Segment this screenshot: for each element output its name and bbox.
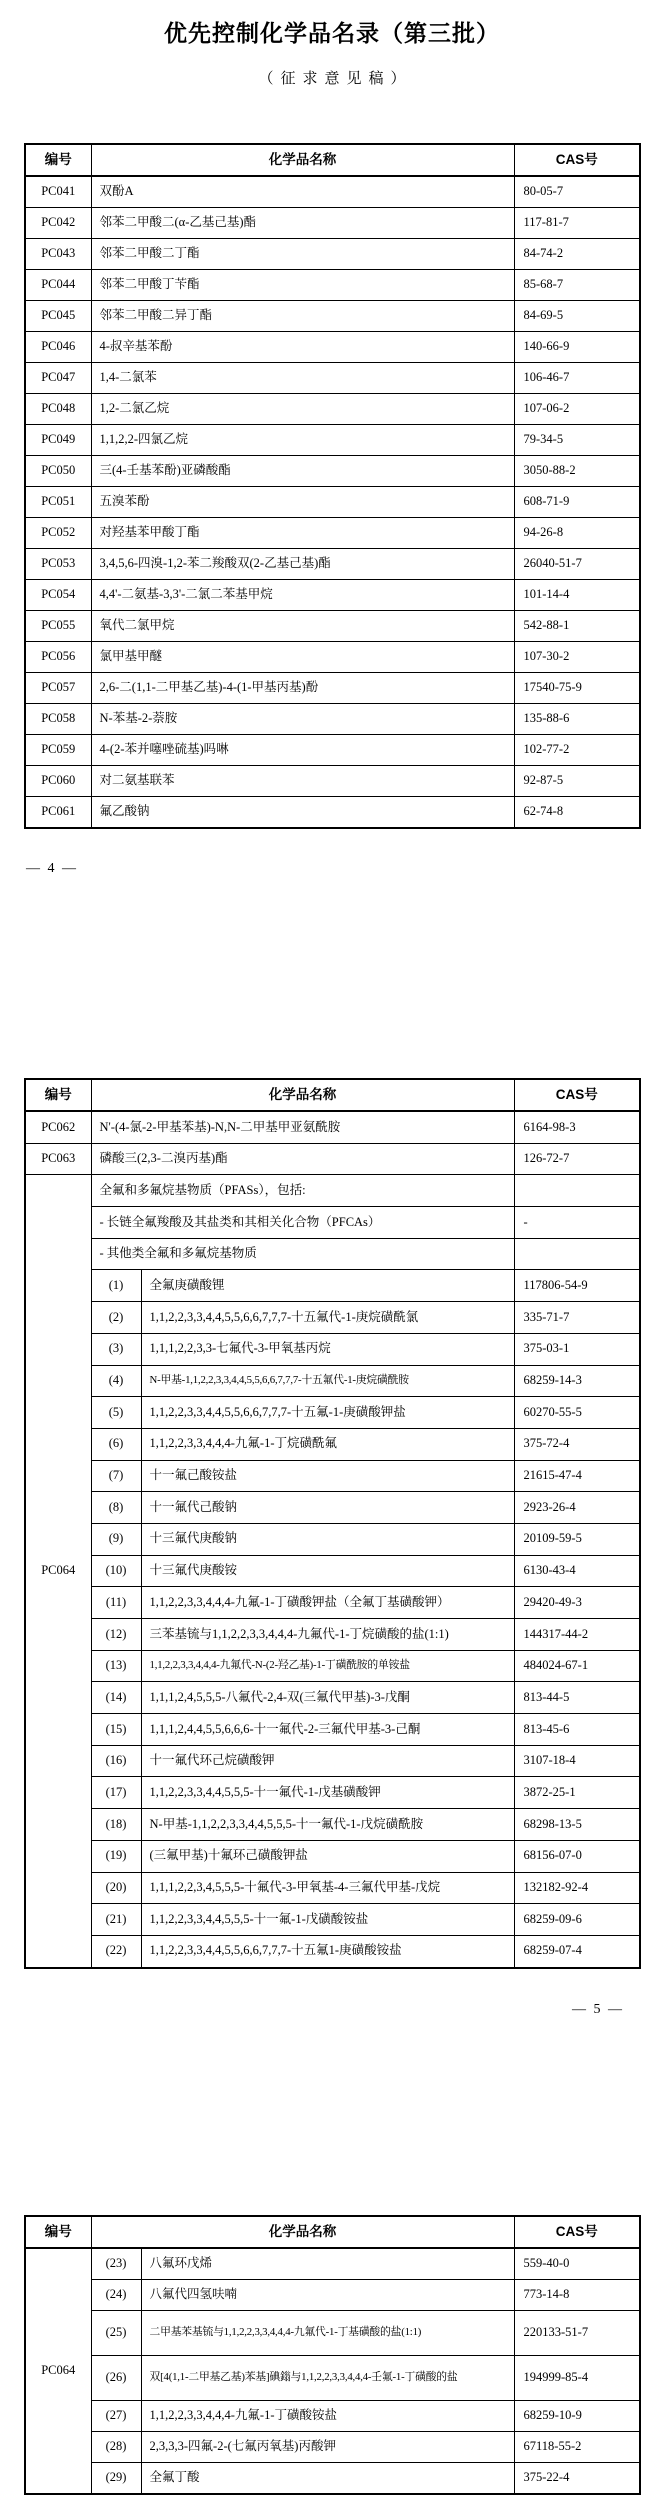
cas-cell bbox=[514, 1238, 640, 1270]
table-row: (26)双[4(1,1-二甲基乙基)苯基]碘鎓与1,1,2,2,3,3,4,4,… bbox=[25, 2356, 640, 2401]
sub-number-cell: (8) bbox=[91, 1492, 141, 1524]
code-cell: PC041 bbox=[25, 176, 91, 208]
name-cell: 双[4(1,1-二甲基乙基)苯基]碘鎓与1,1,2,2,3,3,4,4,4-壬氟… bbox=[141, 2356, 514, 2401]
cas-cell: 101-14-4 bbox=[514, 580, 640, 611]
sub-number-cell: (21) bbox=[91, 1904, 141, 1936]
header-cell: 编号 bbox=[25, 144, 91, 176]
code-cell: PC042 bbox=[25, 208, 91, 239]
name-cell: 1,1,1,2,4,5,5,5-八氟代-2,4-双(三氟代甲基)-3-戊酮 bbox=[141, 1682, 514, 1714]
code-cell: PC054 bbox=[25, 580, 91, 611]
cas-cell: 21615-47-4 bbox=[514, 1460, 640, 1492]
cas-cell: 68298-13-5 bbox=[514, 1809, 640, 1841]
name-cell: 1,1,2,2,3,3,4,4,5,5,5-十一氟-1-戊磺酸铵盐 bbox=[141, 1904, 514, 1936]
table-row: PC0533,4,5,6-四溴-1,2-苯二羧酸双(2-乙基己基)酯26040-… bbox=[25, 549, 640, 580]
cas-cell: 68259-10-9 bbox=[514, 2401, 640, 2432]
table-row: (28)2,3,3,3-四氟-2-(七氟丙氧基)丙酸钾67118-55-2 bbox=[25, 2432, 640, 2463]
table-container-page6: 编号化学品名称CAS号PC064(23)八氟环戊烯559-40-0(24)八氟代… bbox=[24, 2215, 641, 2495]
sub-number-cell: (14) bbox=[91, 1682, 141, 1714]
name-cell: 十一氟代环己烷磺酸钾 bbox=[141, 1745, 514, 1777]
chemicals-table-page5: 编号化学品名称CAS号PC062N'-(4-氯-2-甲基苯基)-N,N-二甲基甲… bbox=[24, 1078, 641, 1969]
cas-cell: 126-72-7 bbox=[514, 1143, 640, 1175]
cas-cell: 26040-51-7 bbox=[514, 549, 640, 580]
cas-cell: 80-05-7 bbox=[514, 176, 640, 208]
table-row: PC0544,4'-二氨基-3,3'-二氯二苯基甲烷101-14-4 bbox=[25, 580, 640, 611]
code-cell: PC044 bbox=[25, 270, 91, 301]
sub-number-cell: (5) bbox=[91, 1397, 141, 1429]
sub-number-cell: (10) bbox=[91, 1555, 141, 1587]
name-cell: 1,2-二氯乙烷 bbox=[91, 394, 514, 425]
table-row: PC064全氟和多氟烷基物质（PFASs），包括: bbox=[25, 1175, 640, 1207]
cas-cell: 102-77-2 bbox=[514, 735, 640, 766]
code-cell: PC057 bbox=[25, 673, 91, 704]
table-row: PC0464-叔辛基苯酚140-66-9 bbox=[25, 332, 640, 363]
table-row: (22)1,1,2,2,3,3,4,4,5,5,6,6,7,7,7-十五氟1-庚… bbox=[25, 1935, 640, 1967]
sub-number-cell: (26) bbox=[91, 2356, 141, 2401]
name-cell: 1,4-二氯苯 bbox=[91, 363, 514, 394]
header-cell: 化学品名称 bbox=[91, 1079, 514, 1111]
cas-cell: 3107-18-4 bbox=[514, 1745, 640, 1777]
cas-cell: 484024-67-1 bbox=[514, 1650, 640, 1682]
cas-cell: 107-06-2 bbox=[514, 394, 640, 425]
cas-cell: 79-34-5 bbox=[514, 425, 640, 456]
cas-cell: 813-45-6 bbox=[514, 1714, 640, 1746]
code-cell: PC047 bbox=[25, 363, 91, 394]
name-cell: 磷酸三(2,3-二溴丙基)酯 bbox=[91, 1143, 514, 1175]
name-cell: 4,4'-二氨基-3,3'-二氯二苯基甲烷 bbox=[91, 580, 514, 611]
name-cell: 1,1,2,2,3,3,4,4,4-九氟-1-丁磺酸钾盐（全氟丁基磺酸钾） bbox=[141, 1587, 514, 1619]
cas-cell: 140-66-9 bbox=[514, 332, 640, 363]
cas-cell: 85-68-7 bbox=[514, 270, 640, 301]
code-cell: PC049 bbox=[25, 425, 91, 456]
table-row: PC043邻苯二甲酸二丁酯84-74-2 bbox=[25, 239, 640, 270]
name-cell: 十三氟代庚酸铵 bbox=[141, 1555, 514, 1587]
sub-number-cell: (18) bbox=[91, 1809, 141, 1841]
sub-number-cell: (9) bbox=[91, 1523, 141, 1555]
name-cell: 邻苯二甲酸二丁酯 bbox=[91, 239, 514, 270]
sub-number-cell: (22) bbox=[91, 1935, 141, 1967]
name-cell: N-甲基-1,1,2,2,3,3,4,4,5,5,6,6,7,7,7-十五氟代-… bbox=[141, 1365, 514, 1397]
header-cell: CAS号 bbox=[514, 144, 640, 176]
table-row: PC044邻苯二甲酸丁苄酯85-68-7 bbox=[25, 270, 640, 301]
name-cell: 3,4,5,6-四溴-1,2-苯二羧酸双(2-乙基己基)酯 bbox=[91, 549, 514, 580]
code-cell: PC064 bbox=[25, 2248, 91, 2494]
code-cell: PC055 bbox=[25, 611, 91, 642]
cas-cell: 67118-55-2 bbox=[514, 2432, 640, 2463]
name-cell: 二甲基苯基锍与1,1,2,2,3,3,4,4,4-九氟代-1-丁基磺酸的盐(1:… bbox=[141, 2311, 514, 2356]
table-row: (18)N-甲基-1,1,2,2,3,3,4,4,5,5,5-十一氟代-1-戊烷… bbox=[25, 1809, 640, 1841]
header-cell: 化学品名称 bbox=[91, 2216, 514, 2248]
table-row: PC052对羟基苯甲酸丁酯94-26-8 bbox=[25, 518, 640, 549]
table-row: PC063磷酸三(2,3-二溴丙基)酯126-72-7 bbox=[25, 1143, 640, 1175]
cas-cell: 60270-55-5 bbox=[514, 1397, 640, 1429]
name-cell: 氟乙酸钠 bbox=[91, 797, 514, 829]
table-row: (2)1,1,2,2,3,3,4,4,5,5,6,6,7,7,7-十五氟代-1-… bbox=[25, 1302, 640, 1334]
code-cell: PC051 bbox=[25, 487, 91, 518]
code-cell: PC048 bbox=[25, 394, 91, 425]
table-row: (14)1,1,1,2,4,5,5,5-八氟代-2,4-双(三氟代甲基)-3-戊… bbox=[25, 1682, 640, 1714]
table-row: PC0491,1,2,2-四氯乙烷79-34-5 bbox=[25, 425, 640, 456]
table-row: (7)十一氟己酸铵盐21615-47-4 bbox=[25, 1460, 640, 1492]
cas-cell: 559-40-0 bbox=[514, 2248, 640, 2280]
sub-number-cell: (12) bbox=[91, 1619, 141, 1651]
table-row: PC058N-苯基-2-萘胺135-88-6 bbox=[25, 704, 640, 735]
sub-number-cell: (20) bbox=[91, 1872, 141, 1904]
sub-number-cell: (16) bbox=[91, 1745, 141, 1777]
table-row: (12)三苯基锍与1,1,2,2,3,3,4,4,4-九氟代-1-丁烷磺酸的盐(… bbox=[25, 1619, 640, 1651]
code-cell: PC056 bbox=[25, 642, 91, 673]
name-cell: 十一氟己酸铵盐 bbox=[141, 1460, 514, 1492]
table-row: (8)十一氟代己酸钠2923-26-4 bbox=[25, 1492, 640, 1524]
name-cell: 对羟基苯甲酸丁酯 bbox=[91, 518, 514, 549]
name-cell: 1,1,2,2,3,3,4,4,5,5,6,6,7,7,7-十五氟-1-庚磺酸钾… bbox=[141, 1397, 514, 1429]
name-cell: 邻苯二甲酸二异丁酯 bbox=[91, 301, 514, 332]
table-row: (15)1,1,1,2,4,4,5,5,6,6,6-十一氟代-2-三氟代甲基-3… bbox=[25, 1714, 640, 1746]
table-row: (11)1,1,2,2,3,3,4,4,4-九氟-1-丁磺酸钾盐（全氟丁基磺酸钾… bbox=[25, 1587, 640, 1619]
cas-cell: 68156-07-0 bbox=[514, 1840, 640, 1872]
table-row: PC061氟乙酸钠62-74-8 bbox=[25, 797, 640, 829]
table-row: - 长链全氟羧酸及其盐类和其相关化合物（PFCAs）- bbox=[25, 1207, 640, 1239]
table-row: PC051五溴苯酚608-71-9 bbox=[25, 487, 640, 518]
code-cell: PC058 bbox=[25, 704, 91, 735]
name-cell: 五溴苯酚 bbox=[91, 487, 514, 518]
table-row: PC062N'-(4-氯-2-甲基苯基)-N,N-二甲基甲亚氨酰胺6164-98… bbox=[25, 1111, 640, 1143]
cas-cell: 117806-54-9 bbox=[514, 1270, 640, 1302]
cas-cell: 813-44-5 bbox=[514, 1682, 640, 1714]
name-cell: 八氟代四氢呋喃 bbox=[141, 2280, 514, 2311]
cas-cell: 375-22-4 bbox=[514, 2463, 640, 2495]
cas-cell: 542-88-1 bbox=[514, 611, 640, 642]
cas-cell: 608-71-9 bbox=[514, 487, 640, 518]
sub-number-cell: (15) bbox=[91, 1714, 141, 1746]
name-cell: N-苯基-2-萘胺 bbox=[91, 704, 514, 735]
name-cell: (三氟甲基)十氟环己磺酸钾盐 bbox=[141, 1840, 514, 1872]
table-container-page5: 编号化学品名称CAS号PC062N'-(4-氯-2-甲基苯基)-N,N-二甲基甲… bbox=[24, 1078, 641, 1969]
name-cell: 对二氨基联苯 bbox=[91, 766, 514, 797]
table-row: PC0594-(2-苯并噻唑硫基)吗啉102-77-2 bbox=[25, 735, 640, 766]
header-cell: 编号 bbox=[25, 2216, 91, 2248]
cas-cell: 68259-14-3 bbox=[514, 1365, 640, 1397]
name-cell: 1,1,1,2,2,3,4,5,5,5-十氟代-3-甲氧基-4-三氟代甲基-戊烷 bbox=[141, 1872, 514, 1904]
page-number-5: — 5 — bbox=[572, 2002, 624, 2018]
table-row: PC055氧代二氯甲烷542-88-1 bbox=[25, 611, 640, 642]
header-cell: CAS号 bbox=[514, 2216, 640, 2248]
name-cell: 4-叔辛基苯酚 bbox=[91, 332, 514, 363]
cas-cell: 68259-07-4 bbox=[514, 1935, 640, 1967]
table-row: (19)(三氟甲基)十氟环己磺酸钾盐68156-07-0 bbox=[25, 1840, 640, 1872]
sub-number-cell: (27) bbox=[91, 2401, 141, 2432]
cas-cell: 68259-09-6 bbox=[514, 1904, 640, 1936]
cas-cell: 375-72-4 bbox=[514, 1428, 640, 1460]
code-cell: PC046 bbox=[25, 332, 91, 363]
table-container-page4: 编号化学品名称CAS号PC041双酚A80-05-7PC042邻苯二甲酸二(α-… bbox=[24, 143, 641, 829]
table-row: (4)N-甲基-1,1,2,2,3,3,4,4,5,5,6,6,7,7,7-十五… bbox=[25, 1365, 640, 1397]
table-row: PC041双酚A80-05-7 bbox=[25, 176, 640, 208]
page-title: 优先控制化学品名录（第三批） bbox=[0, 15, 664, 48]
name-cell: - 长链全氟羧酸及其盐类和其相关化合物（PFCAs） bbox=[91, 1207, 514, 1239]
sub-number-cell: (3) bbox=[91, 1333, 141, 1365]
table-row: (20)1,1,1,2,2,3,4,5,5,5-十氟代-3-甲氧基-4-三氟代甲… bbox=[25, 1872, 640, 1904]
code-cell: PC059 bbox=[25, 735, 91, 766]
table-row: (6)1,1,2,2,3,3,4,4,4-九氟-1-丁烷磺酰氟375-72-4 bbox=[25, 1428, 640, 1460]
name-cell: N-甲基-1,1,2,2,3,3,4,4,5,5,5-十一氟代-1-戊烷磺酰胺 bbox=[141, 1809, 514, 1841]
cas-cell: 194999-85-4 bbox=[514, 2356, 640, 2401]
cas-cell: 29420-49-3 bbox=[514, 1587, 640, 1619]
header-cell: CAS号 bbox=[514, 1079, 640, 1111]
code-cell: PC050 bbox=[25, 456, 91, 487]
name-cell: - 其他类全氟和多氟烷基物质 bbox=[91, 1238, 514, 1270]
cas-cell: 17540-75-9 bbox=[514, 673, 640, 704]
name-cell: 十三氟代庚酸钠 bbox=[141, 1523, 514, 1555]
sub-number-cell: (2) bbox=[91, 1302, 141, 1334]
table-row: (10)十三氟代庚酸铵6130-43-4 bbox=[25, 1555, 640, 1587]
cas-cell: 375-03-1 bbox=[514, 1333, 640, 1365]
name-cell: 氧代二氯甲烷 bbox=[91, 611, 514, 642]
name-cell: 1,1,2,2,3,3,4,4,4-九氟代-N-(2-羟乙基)-1-丁磺酰胺的单… bbox=[141, 1650, 514, 1682]
table-row: (5)1,1,2,2,3,3,4,4,5,5,6,6,7,7,7-十五氟-1-庚… bbox=[25, 1397, 640, 1429]
cas-cell: 6130-43-4 bbox=[514, 1555, 640, 1587]
sub-number-cell: (25) bbox=[91, 2311, 141, 2356]
cas-cell: 6164-98-3 bbox=[514, 1111, 640, 1143]
name-cell: 1,1,2,2-四氯乙烷 bbox=[91, 425, 514, 456]
sub-number-cell: (28) bbox=[91, 2432, 141, 2463]
table-row: (21)1,1,2,2,3,3,4,4,5,5,5-十一氟-1-戊磺酸铵盐682… bbox=[25, 1904, 640, 1936]
name-cell: 三(4-壬基苯酚)亚磷酸酯 bbox=[91, 456, 514, 487]
cas-cell: 94-26-8 bbox=[514, 518, 640, 549]
table-row: PC060对二氨基联苯92-87-5 bbox=[25, 766, 640, 797]
name-cell: 邻苯二甲酸丁苄酯 bbox=[91, 270, 514, 301]
table-row: PC050三(4-壬基苯酚)亚磷酸酯3050-88-2 bbox=[25, 456, 640, 487]
name-cell: 邻苯二甲酸二(α-乙基己基)酯 bbox=[91, 208, 514, 239]
sub-number-cell: (29) bbox=[91, 2463, 141, 2495]
cas-cell: - bbox=[514, 1207, 640, 1239]
header-row: 编号化学品名称CAS号 bbox=[25, 2216, 640, 2248]
table-row: PC064(23)八氟环戊烯559-40-0 bbox=[25, 2248, 640, 2280]
name-cell: 1,1,1,2,4,4,5,5,6,6,6-十一氟代-2-三氟代甲基-3-己酮 bbox=[141, 1714, 514, 1746]
name-cell: 1,1,2,2,3,3,4,4,5,5,6,6,7,7,7-十五氟1-庚磺酸铵盐 bbox=[141, 1935, 514, 1967]
table-row: (3)1,1,1,2,2,3,3-七氟代-3-甲氧基丙烷375-03-1 bbox=[25, 1333, 640, 1365]
cas-cell: 220133-51-7 bbox=[514, 2311, 640, 2356]
cas-cell: 62-74-8 bbox=[514, 797, 640, 829]
table-row: PC0481,2-二氯乙烷107-06-2 bbox=[25, 394, 640, 425]
name-cell: 1,1,2,2,3,3,4,4,4-九氟-1-丁磺酸铵盐 bbox=[141, 2401, 514, 2432]
sub-number-cell: (13) bbox=[91, 1650, 141, 1682]
cas-cell: 106-46-7 bbox=[514, 363, 640, 394]
sub-number-cell: (6) bbox=[91, 1428, 141, 1460]
name-cell: 十一氟代己酸钠 bbox=[141, 1492, 514, 1524]
table-row: (17)1,1,2,2,3,3,4,4,5,5,5-十一氟代-1-戊基磺酸钾38… bbox=[25, 1777, 640, 1809]
code-cell: PC045 bbox=[25, 301, 91, 332]
cas-cell: 135-88-6 bbox=[514, 704, 640, 735]
table-row: PC042邻苯二甲酸二(α-乙基己基)酯117-81-7 bbox=[25, 208, 640, 239]
sub-number-cell: (19) bbox=[91, 1840, 141, 1872]
name-cell: 4-(2-苯并噻唑硫基)吗啉 bbox=[91, 735, 514, 766]
table-row: (27)1,1,2,2,3,3,4,4,4-九氟-1-丁磺酸铵盐68259-10… bbox=[25, 2401, 640, 2432]
table-row: (16)十一氟代环己烷磺酸钾3107-18-4 bbox=[25, 1745, 640, 1777]
header-cell: 编号 bbox=[25, 1079, 91, 1111]
code-cell: PC043 bbox=[25, 239, 91, 270]
code-cell: PC062 bbox=[25, 1111, 91, 1143]
table-row: (9)十三氟代庚酸钠20109-59-5 bbox=[25, 1523, 640, 1555]
cas-cell: 773-14-8 bbox=[514, 2280, 640, 2311]
name-cell: 2,6-二(1,1-二甲基乙基)-4-(1-甲基丙基)酚 bbox=[91, 673, 514, 704]
cas-cell: 3050-88-2 bbox=[514, 456, 640, 487]
table-row: PC0471,4-二氯苯106-46-7 bbox=[25, 363, 640, 394]
code-cell: PC060 bbox=[25, 766, 91, 797]
cas-cell bbox=[514, 1175, 640, 1207]
chemicals-table-page4: 编号化学品名称CAS号PC041双酚A80-05-7PC042邻苯二甲酸二(α-… bbox=[24, 143, 641, 829]
sub-number-cell: (23) bbox=[91, 2248, 141, 2280]
header-cell: 化学品名称 bbox=[91, 144, 514, 176]
sub-number-cell: (7) bbox=[91, 1460, 141, 1492]
name-cell: 1,1,2,2,3,3,4,4,5,5,6,6,7,7,7-十五氟代-1-庚烷磺… bbox=[141, 1302, 514, 1334]
cas-cell: 335-71-7 bbox=[514, 1302, 640, 1334]
cas-cell: 92-87-5 bbox=[514, 766, 640, 797]
header-row: 编号化学品名称CAS号 bbox=[25, 1079, 640, 1111]
table-row: (1)全氟庚磺酸锂117806-54-9 bbox=[25, 1270, 640, 1302]
chemicals-table-page6: 编号化学品名称CAS号PC064(23)八氟环戊烯559-40-0(24)八氟代… bbox=[24, 2215, 641, 2495]
cas-cell: 20109-59-5 bbox=[514, 1523, 640, 1555]
name-cell: N'-(4-氯-2-甲基苯基)-N,N-二甲基甲亚氨酰胺 bbox=[91, 1111, 514, 1143]
name-cell: 全氟丁酸 bbox=[141, 2463, 514, 2495]
name-cell: 氯甲基甲醚 bbox=[91, 642, 514, 673]
sub-number-cell: (17) bbox=[91, 1777, 141, 1809]
name-cell: 全氟庚磺酸锂 bbox=[141, 1270, 514, 1302]
cas-cell: 144317-44-2 bbox=[514, 1619, 640, 1651]
code-cell: PC063 bbox=[25, 1143, 91, 1175]
cas-cell: 84-74-2 bbox=[514, 239, 640, 270]
sub-number-cell: (1) bbox=[91, 1270, 141, 1302]
name-cell: 双酚A bbox=[91, 176, 514, 208]
sub-number-cell: (11) bbox=[91, 1587, 141, 1619]
name-cell: 八氟环戊烯 bbox=[141, 2248, 514, 2280]
header-row: 编号化学品名称CAS号 bbox=[25, 144, 640, 176]
table-row: PC056氯甲基甲醚107-30-2 bbox=[25, 642, 640, 673]
code-cell: PC053 bbox=[25, 549, 91, 580]
table-row: PC045邻苯二甲酸二异丁酯84-69-5 bbox=[25, 301, 640, 332]
table-row: - 其他类全氟和多氟烷基物质 bbox=[25, 1238, 640, 1270]
cas-cell: 117-81-7 bbox=[514, 208, 640, 239]
cas-cell: 2923-26-4 bbox=[514, 1492, 640, 1524]
code-cell: PC052 bbox=[25, 518, 91, 549]
code-cell: PC064 bbox=[25, 1175, 91, 1968]
name-cell: 1,1,2,2,3,3,4,4,4-九氟-1-丁烷磺酰氟 bbox=[141, 1428, 514, 1460]
table-row: PC0572,6-二(1,1-二甲基乙基)-4-(1-甲基丙基)酚17540-7… bbox=[25, 673, 640, 704]
code-cell: PC061 bbox=[25, 797, 91, 829]
name-cell: 2,3,3,3-四氟-2-(七氟丙氧基)丙酸钾 bbox=[141, 2432, 514, 2463]
name-cell: 1,1,2,2,3,3,4,4,5,5,5-十一氟代-1-戊基磺酸钾 bbox=[141, 1777, 514, 1809]
table-row: (24)八氟代四氢呋喃773-14-8 bbox=[25, 2280, 640, 2311]
table-row: (13)1,1,2,2,3,3,4,4,4-九氟代-N-(2-羟乙基)-1-丁磺… bbox=[25, 1650, 640, 1682]
table-row: (25)二甲基苯基锍与1,1,2,2,3,3,4,4,4-九氟代-1-丁基磺酸的… bbox=[25, 2311, 640, 2356]
sub-number-cell: (4) bbox=[91, 1365, 141, 1397]
page-subtitle: （征求意见稿） bbox=[0, 67, 664, 88]
table-row: (29)全氟丁酸375-22-4 bbox=[25, 2463, 640, 2495]
sub-number-cell: (24) bbox=[91, 2280, 141, 2311]
name-cell: 全氟和多氟烷基物质（PFASs），包括: bbox=[91, 1175, 514, 1207]
name-cell: 三苯基锍与1,1,2,2,3,3,4,4,4-九氟代-1-丁烷磺酸的盐(1:1) bbox=[141, 1619, 514, 1651]
page-number-4: — 4 — bbox=[26, 861, 78, 877]
cas-cell: 132182-92-4 bbox=[514, 1872, 640, 1904]
cas-cell: 84-69-5 bbox=[514, 301, 640, 332]
name-cell: 1,1,1,2,2,3,3-七氟代-3-甲氧基丙烷 bbox=[141, 1333, 514, 1365]
cas-cell: 3872-25-1 bbox=[514, 1777, 640, 1809]
cas-cell: 107-30-2 bbox=[514, 642, 640, 673]
